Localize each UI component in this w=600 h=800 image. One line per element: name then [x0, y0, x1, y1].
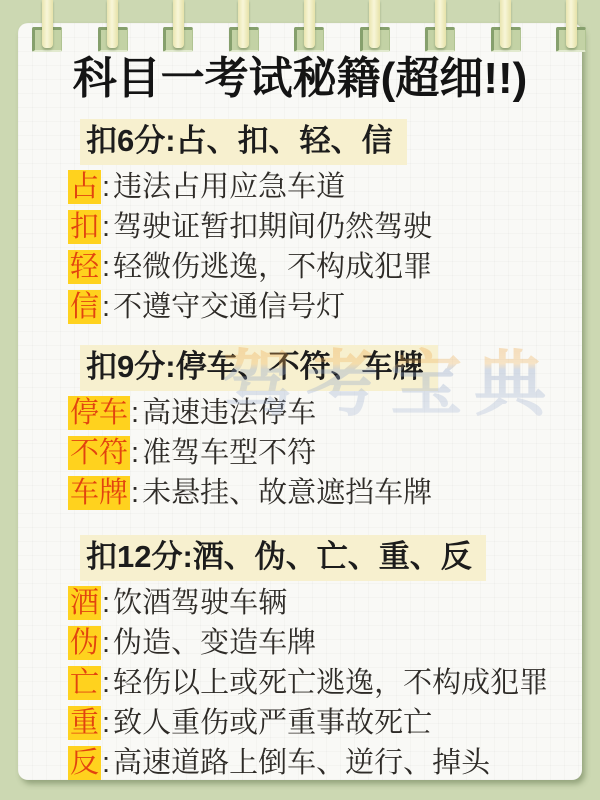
colon-separator: :: [101, 747, 113, 779]
rule-keyword: 占: [68, 170, 101, 204]
rule-description: 伪造、变造车牌: [113, 627, 316, 659]
section-header-row: 扣12分:酒、伪、亡、重、反: [80, 535, 582, 583]
colon-separator: :: [101, 171, 113, 203]
colon-separator: :: [130, 477, 142, 509]
rule-keyword: 轻: [68, 250, 101, 284]
colon-separator: :: [101, 627, 113, 659]
rule-description: 饮酒驾驶车辆: [113, 587, 287, 619]
section-9-points: 扣9分:停车、不符、车牌 停车:高速违法停车 不符:准驾车型不符 车牌:未悬挂、…: [18, 345, 582, 513]
section-12-points-header: 扣12分:酒、伪、亡、重、反: [80, 535, 486, 581]
rule-description: 违法占用应急车道: [113, 171, 345, 203]
colon-separator: :: [130, 437, 142, 469]
binder-ring-icon: [566, 0, 577, 48]
binder-ring-icon: [500, 0, 511, 48]
colon-separator: :: [101, 587, 113, 619]
rule-description: 不遵守交通信号灯: [113, 291, 345, 323]
binder-ring-icon: [173, 0, 184, 48]
rule-description: 驾驶证暂扣期间仍然驾驶: [113, 211, 432, 243]
rule-item: 占:违法占用应急车道: [68, 167, 582, 207]
colon-separator: :: [101, 291, 113, 323]
rule-item: 反:高速道路上倒车、逆行、掉头: [68, 743, 582, 783]
rule-description: 未悬挂、故意遮挡车牌: [142, 477, 432, 509]
rule-keyword: 反: [68, 746, 101, 780]
colon-separator: :: [130, 397, 142, 429]
section-12-points: 扣12分:酒、伪、亡、重、反 酒:饮酒驾驶车辆 伪:伪造、变造车牌 亡:轻伤以上…: [18, 535, 582, 783]
rule-description: 准驾车型不符: [142, 437, 316, 469]
binder-ring-icon: [304, 0, 315, 48]
rule-item: 车牌:未悬挂、故意遮挡车牌: [68, 473, 582, 513]
rule-item: 不符:准驾车型不符: [68, 433, 582, 473]
colon-separator: :: [101, 667, 113, 699]
section-6-points-header: 扣6分:占、扣、轻、信: [80, 119, 407, 165]
rule-item: 信:不遵守交通信号灯: [68, 287, 582, 327]
binder-ring-icon: [107, 0, 118, 48]
section-6-points: 扣6分:占、扣、轻、信 占:违法占用应急车道 扣:驾驶证暂扣期间仍然驾驶 轻:轻…: [18, 119, 582, 327]
rule-description: 致人重伤或严重事故死亡: [113, 707, 432, 739]
rule-item: 亡:轻伤以上或死亡逃逸，不构成犯罪: [68, 663, 582, 703]
rule-keyword: 信: [68, 290, 101, 324]
rule-keyword: 扣: [68, 210, 101, 244]
section-9-points-header: 扣9分:停车、不符、车牌: [80, 345, 438, 391]
rule-keyword: 伪: [68, 626, 101, 660]
rule-item: 伪:伪造、变造车牌: [68, 623, 582, 663]
rule-keyword: 不符: [68, 436, 130, 470]
rule-item: 轻:轻微伤逃逸，不构成犯罪: [68, 247, 582, 287]
page-content: 科目一考试秘籍(超细!!) 扣6分:占、扣、轻、信 占:违法占用应急车道 扣:驾…: [18, 23, 582, 783]
colon-separator: :: [101, 211, 113, 243]
colon-separator: :: [101, 707, 113, 739]
notebook-page: 科目一考试秘籍(超细!!) 扣6分:占、扣、轻、信 占:违法占用应急车道 扣:驾…: [18, 23, 582, 780]
rule-keyword: 重: [68, 706, 101, 740]
rule-item: 停车:高速违法停车: [68, 393, 582, 433]
binder-ring-icon: [369, 0, 380, 48]
rule-keyword: 车牌: [68, 476, 130, 510]
rule-description: 轻微伤逃逸，不构成犯罪: [113, 251, 432, 283]
rule-keyword: 亡: [68, 666, 101, 700]
binder-ring-icon: [435, 0, 446, 48]
rule-keyword: 酒: [68, 586, 101, 620]
binder-ring-icon: [42, 0, 53, 48]
section-header-row: 扣9分:停车、不符、车牌: [80, 345, 582, 393]
rule-keyword: 停车: [68, 396, 130, 430]
rule-description: 高速道路上倒车、逆行、掉头: [113, 747, 490, 779]
rule-description: 高速违法停车: [142, 397, 316, 429]
rule-item: 扣:驾驶证暂扣期间仍然驾驶: [68, 207, 582, 247]
colon-separator: :: [101, 251, 113, 283]
binder-ring-icon: [238, 0, 249, 48]
section-header-row: 扣6分:占、扣、轻、信: [80, 119, 582, 167]
rule-description: 轻伤以上或死亡逃逸，不构成犯罪: [113, 667, 548, 699]
rule-item: 重:致人重伤或严重事故死亡: [68, 703, 582, 743]
rule-item: 酒:饮酒驾驶车辆: [68, 583, 582, 623]
